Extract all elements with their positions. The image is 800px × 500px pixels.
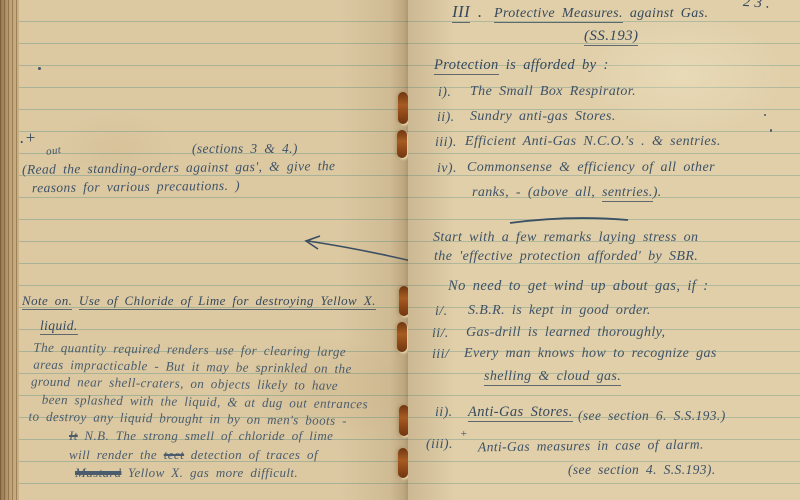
binding-stitch: [397, 322, 407, 352]
struck-word: Mustard: [75, 465, 121, 480]
item-text-underlined: sentries.: [602, 185, 653, 202]
item-marker: i).: [438, 84, 451, 102]
remarks-line: Start with a few remarks laying stress o…: [433, 229, 698, 247]
condition-text-underlined: shelling & cloud gas.: [484, 369, 621, 386]
right-page: 23. III . Protective Measures. against G…: [408, 0, 800, 500]
nb-line: Mustard Yellow X. gas more difficult.: [75, 464, 333, 483]
ss-reference: (SS.193): [584, 27, 638, 47]
intro-rest: is afforded by :: [506, 57, 609, 73]
margin-cross-mark: .+: [20, 127, 37, 149]
alarm-text: Anti-Gas measures in case of alarm.: [478, 436, 704, 456]
remarks-line: the 'effective protection afforded' by S…: [434, 248, 698, 266]
note-heading-title2: liquid.: [40, 318, 78, 335]
numeral-text: III: [452, 2, 470, 23]
read-note-line: reasons for various precautions. ): [32, 177, 240, 197]
item-text: Sundry anti-gas Stores.: [470, 108, 616, 126]
nb-note: It N.B. The strong smell of chloride of …: [69, 427, 333, 483]
title-rest: against Gas.: [630, 6, 709, 21]
page-edges: [0, 0, 19, 500]
condition-marker: i/.: [435, 303, 447, 321]
condition-text: Every man knows how to recognize gas: [464, 345, 717, 363]
nb-text: will render the: [69, 447, 157, 462]
condition-text-continued: shelling & cloud gas.: [484, 368, 621, 386]
ink-speck: [764, 114, 766, 116]
page-number: 23.: [742, 0, 774, 15]
numeral-dot: .: [478, 2, 483, 21]
ss-reference-text: (SS.193): [584, 28, 638, 46]
binding-stitch: [398, 92, 408, 124]
stores-title: Anti-Gas Stores.: [468, 403, 573, 422]
item-marker: iv).: [437, 160, 457, 178]
note-heading-label: Note on.: [22, 293, 72, 310]
binding-stitch: [397, 130, 407, 158]
item-text-post: ).: [653, 185, 662, 200]
note-heading: Note on. Use of Chloride of Lime for des…: [22, 293, 376, 310]
nb-text: Yellow X. gas more difficult.: [128, 465, 298, 480]
struck-word: tect: [164, 447, 184, 462]
condition-marker: ii/.: [432, 325, 449, 343]
note-heading-second-line: liquid.: [40, 317, 78, 335]
ink-speck: [38, 67, 41, 70]
item-marker: ii).: [437, 109, 455, 127]
title-underlined: Protective Measures.: [494, 6, 623, 23]
intro-line: Protection is afforded by :: [434, 56, 609, 75]
note-body: The quantity required renders use for cl…: [32, 339, 368, 430]
separator-stroke: [508, 214, 630, 226]
item-text-pre: ranks, - (above all,: [472, 185, 595, 200]
nb-line: It N.B. The strong smell of chloride of …: [69, 427, 333, 446]
intro-underlined: Protection: [434, 57, 499, 75]
item-text: Efficient Anti-Gas N.C.O.'s . & sentries…: [465, 133, 721, 151]
section-numeral: III .: [452, 1, 483, 23]
condition-marker: iii/: [432, 346, 449, 364]
item-text: Commonsense & efficiency of all other: [467, 159, 715, 177]
nb-text: detection of traces of: [191, 447, 318, 462]
item-marker: iii).: [435, 134, 457, 152]
page-title: Protective Measures. against Gas.: [494, 5, 708, 23]
binding-stitch: [398, 448, 408, 478]
no-need-line: No need to get wind up about gas, if :: [448, 277, 709, 296]
alarm-reference: (see section 4. S.S.193).: [568, 461, 716, 479]
notebook-scan: .+ out (sections 3 & 4.) (Read the stand…: [0, 0, 800, 500]
section-reference: (sections 3 & 4.): [192, 140, 298, 158]
stores-marker: ii).: [435, 404, 453, 422]
struck-word: It: [69, 428, 78, 443]
alarm-plus-mark: +: [460, 427, 468, 441]
note-heading-title: Use of Chloride of Lime for destroying Y…: [79, 293, 376, 310]
ink-speck: [770, 129, 772, 132]
alarm-marker: (iii).: [426, 436, 453, 454]
read-note-line: (Read the standing-orders against gas', …: [22, 157, 336, 178]
stores-title-text: Anti-Gas Stores.: [468, 404, 573, 422]
item-text: The Small Box Respirator.: [470, 83, 636, 101]
condition-text: Gas-drill is learned thoroughly,: [466, 324, 665, 342]
condition-text: S.B.R. is kept in good order.: [468, 302, 651, 320]
nb-line: will render the tect detection of traces…: [69, 446, 333, 465]
nb-text: N.B. The strong smell of chloride of lim…: [84, 428, 333, 443]
inserted-word: out: [45, 143, 62, 159]
stores-reference: (see section 6. S.S.193.): [578, 407, 726, 425]
item-text-continued: ranks, - (above all, sentries.).: [472, 184, 662, 202]
